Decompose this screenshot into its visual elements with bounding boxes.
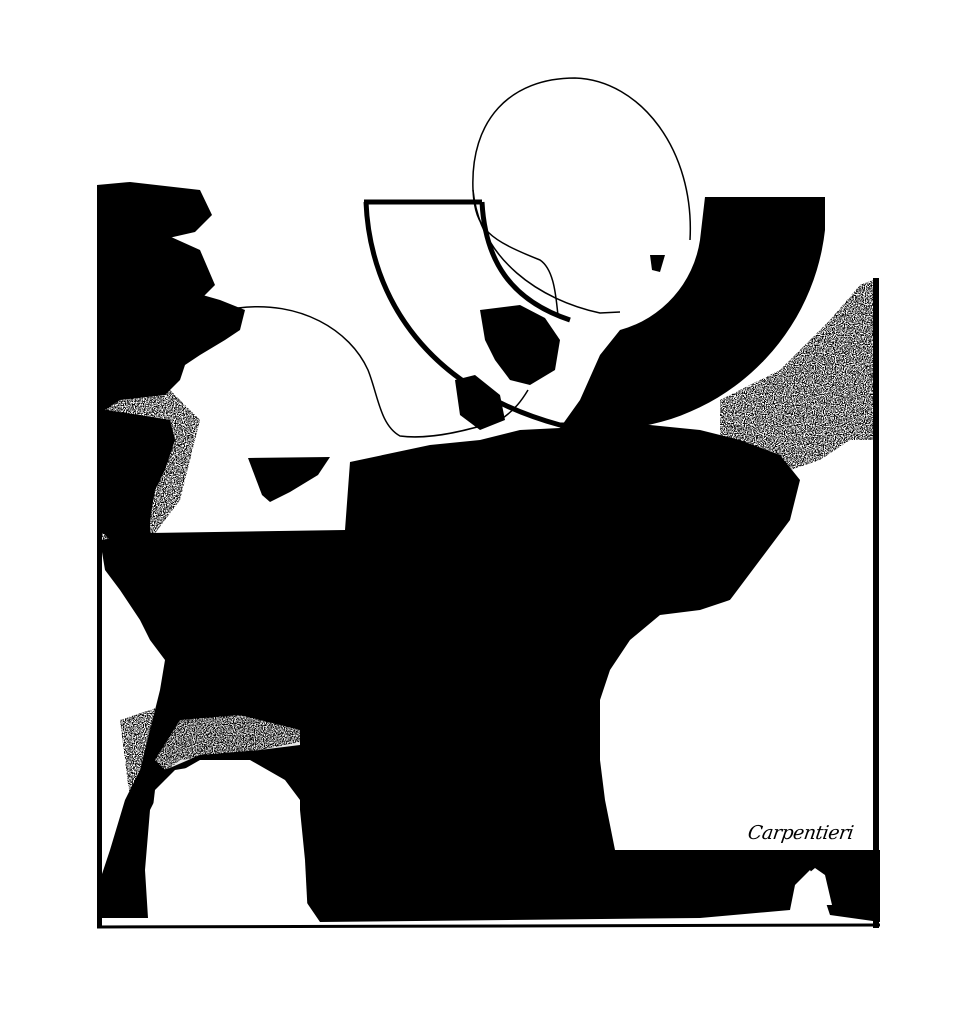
artist-signature: Carpentieri — [746, 822, 854, 844]
abstract-artwork — [0, 0, 967, 1023]
inverted-triangle — [248, 457, 330, 502]
